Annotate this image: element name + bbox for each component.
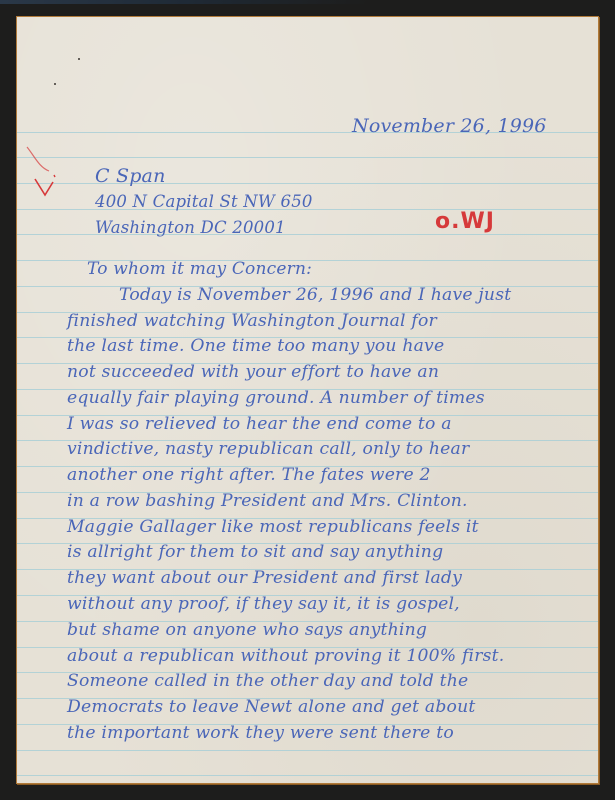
scanner-edge [0, 0, 615, 4]
body-line: not succeeded with your effort to have a… [67, 362, 439, 382]
recipient-street: 400 N Capital St NW 650 [95, 192, 313, 211]
letter-page: November 26, 1996 C Span 400 N Capital S… [17, 17, 598, 783]
red-annotation: o.WJ [435, 209, 495, 234]
ruled-line [17, 775, 598, 776]
body-line: Today is November 26, 1996 and I have ju… [119, 285, 511, 305]
body-line: I was so relieved to hear the end come t… [67, 414, 452, 434]
body-line: in a row bashing President and Mrs. Clin… [67, 491, 468, 511]
body-line: about a republican without proving it 10… [67, 646, 504, 666]
body-line: is allright for them to sit and say anyt… [67, 542, 443, 562]
body-line: the last time. One time too many you hav… [67, 336, 444, 356]
body-line: without any proof, if they say it, it is… [67, 594, 460, 614]
paper-speck [54, 83, 56, 85]
paper-speck [78, 58, 80, 60]
ruled-line [17, 750, 598, 751]
body-line: Someone called in the other day and told… [67, 671, 468, 691]
recipient-name: C Span [95, 165, 166, 187]
letter-date: November 26, 1996 [352, 115, 547, 137]
body-line: finished watching Washington Journal for [67, 311, 437, 331]
body-line: Maggie Gallager like most republicans fe… [67, 517, 479, 537]
red-check-icon [25, 137, 65, 207]
body-line: vindictive, nasty republican call, only … [67, 439, 469, 459]
salutation: To whom it may Concern: [87, 259, 312, 279]
body-line: equally fair playing ground. A number of… [67, 388, 485, 408]
ruled-line [17, 157, 598, 158]
recipient-city: Washington DC 20001 [95, 218, 286, 237]
body-line: the important work they were sent there … [67, 723, 454, 743]
body-line: they want about our President and first … [67, 568, 462, 588]
body-line: another one right after. The fates were … [67, 465, 431, 485]
body-line: but shame on anyone who says anything [67, 620, 427, 640]
body-line: Democrats to leave Newt alone and get ab… [67, 697, 475, 717]
